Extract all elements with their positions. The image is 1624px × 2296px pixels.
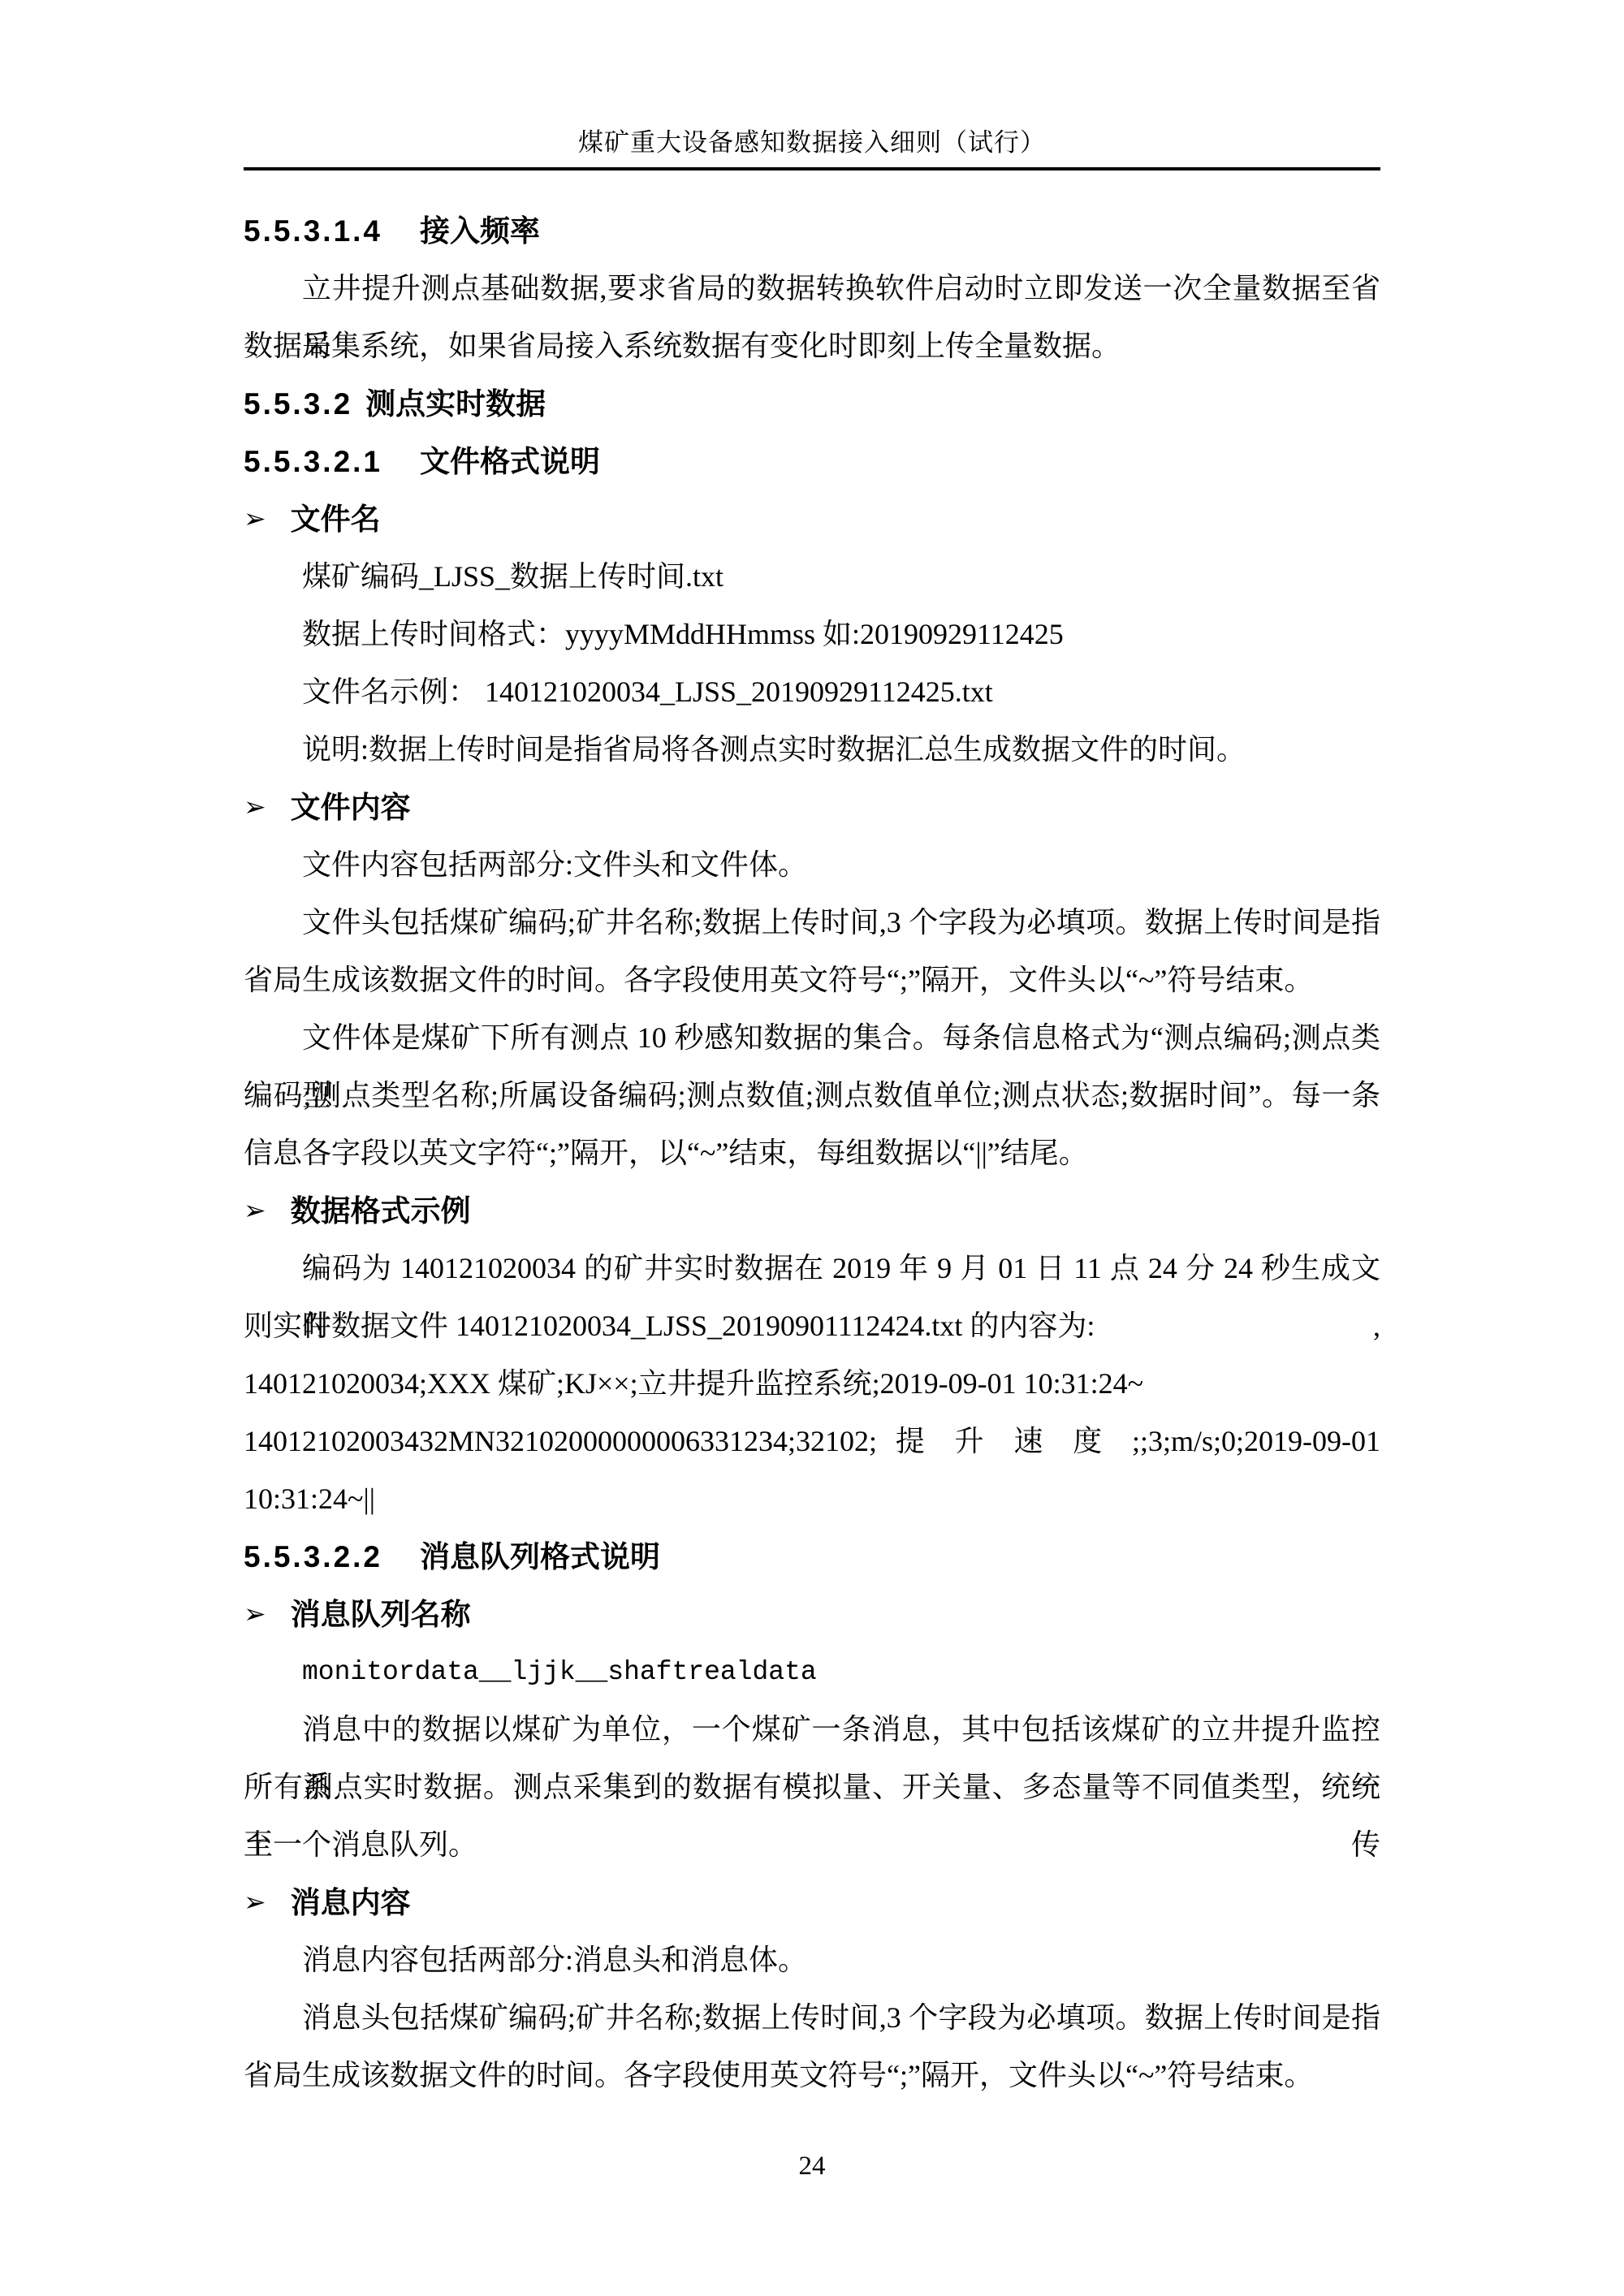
bullet-title: 数据格式示例 [291,1194,471,1228]
paragraph-line: 立井提升测点基础数据,要求省局的数据转换软件启动时立即发送一次全量数据至省局 [244,260,1380,317]
bullet-title: 消息队列名称 [291,1598,471,1631]
arrow-bullet-icon: ➢ [244,1181,266,1239]
section-title: 文件格式说明 [420,445,600,478]
bullet-heading: ➢数据格式示例 [244,1182,1380,1240]
paragraph-line: 文件头包括煤矿编码;矿井名称;数据上传时间,3 个字段为必填项。数据上传时间是指 [244,894,1380,952]
section-title: 接入频率 [420,214,540,248]
paragraph-line: 140121020034;XXX 煤矿;KJ××;立井提升监控系统;2019-0… [244,1355,1380,1413]
section-heading: 5.5.3.2测点实时数据 [244,375,1380,433]
bullet-title: 文件名 [291,503,381,536]
section-heading: 5.5.3.2.1文件格式说明 [244,433,1380,490]
paragraph-line: 数据上传时间格式：yyyyMMddHHmmss 如:20190929112425 [244,606,1380,663]
bullet-heading: ➢消息队列名称 [244,1586,1380,1643]
paragraph-line: 14012102003432MN32102000000006331234;321… [244,1413,1380,1470]
paragraph-line: 所有测点实时数据。测点采集到的数据有模拟量、开关量、多态量等不同值类型，统一上传 [244,1759,1380,1816]
section-heading: 5.5.3.1.4接入频率 [244,202,1380,260]
paragraph-line: 文件内容包括两部分:文件头和文件体。 [244,836,1380,894]
paragraph-line: 省局生成该数据文件的时间。各字段使用英文符号“;”隔开，文件头以“~”符号结束。 [244,952,1380,1009]
paragraph-line: 10:31:24~|| [244,1470,1380,1528]
paragraph-line: 文件体是煤矿下所有测点 10 秒感知数据的集合。每条信息格式为“测点编码;测点类… [244,1009,1380,1067]
paragraph-line: 消息中的数据以煤矿为单位，一个煤矿一条消息，其中包括该煤矿的立井提升监控系统 [244,1701,1380,1759]
arrow-bullet-icon: ➢ [244,1585,266,1642]
paragraph-line: 消息头包括煤矿编码;矿井名称;数据上传时间,3 个字段为必填项。数据上传时间是指 [244,1989,1380,2047]
paragraph-line: 编码;测点类型名称;所属设备编码;测点数值;测点数值单位;测点状态;数据时间”。… [244,1067,1380,1124]
section-number: 5.5.3.2.1 [244,445,382,478]
paragraph-line: 说明:数据上传时间是指省局将各测点实时数据汇总生成数据文件的时间。 [244,721,1380,779]
arrow-bullet-icon: ➢ [244,778,266,835]
header-divider [244,167,1380,170]
page-number: 24 [0,2151,1624,2182]
bullet-heading: ➢文件内容 [244,779,1380,836]
bullet-heading: ➢消息内容 [244,1874,1380,1931]
document-body: 5.5.3.1.4接入频率立井提升测点基础数据,要求省局的数据转换软件启动时立即… [244,202,1380,2104]
paragraph-line: 省局生成该数据文件的时间。各字段使用英文符号“;”隔开，文件头以“~”符号结束。 [244,2047,1380,2104]
section-title: 消息队列格式说明 [420,1540,660,1573]
arrow-bullet-icon: ➢ [244,490,266,547]
section-number: 5.5.3.2.2 [244,1540,382,1573]
bullet-title: 消息内容 [291,1886,411,1919]
section-heading: 5.5.3.2.2消息队列格式说明 [244,1528,1380,1586]
arrow-bullet-icon: ➢ [244,1873,266,1931]
paragraph-line: 编码为 140121020034 的矿井实时数据在 2019 年 9 月 01 … [244,1240,1380,1297]
queue-name-text: monitordata__ljjk__shaftrealdata [244,1643,1380,1701]
running-header-title: 煤矿重大设备感知数据接入细则（试行） [0,122,1624,158]
paragraph-line: 文件名示例： 140121020034_LJSS_20190929112425.… [244,663,1380,721]
paragraph-line: 信息各字段以英文字符“;”隔开，以“~”结束，每组数据以“||”结尾。 [244,1124,1380,1182]
paragraph-line: 煤矿编码_LJSS_数据上传时间.txt [244,548,1380,606]
section-number: 5.5.3.2 [244,387,352,421]
paragraph-line: 消息内容包括两部分:消息头和消息体。 [244,1931,1380,1989]
bullet-title: 文件内容 [291,791,411,824]
paragraph-line: 数据采集系统，如果省局接入系统数据有变化时即刻上传全量数据。 [244,317,1380,375]
section-title: 测点实时数据 [365,387,546,421]
bullet-heading: ➢文件名 [244,490,1380,548]
document-page: 煤矿重大设备感知数据接入细则（试行） 5.5.3.1.4接入频率立井提升测点基础… [0,0,1624,2296]
section-number: 5.5.3.1.4 [244,214,382,248]
